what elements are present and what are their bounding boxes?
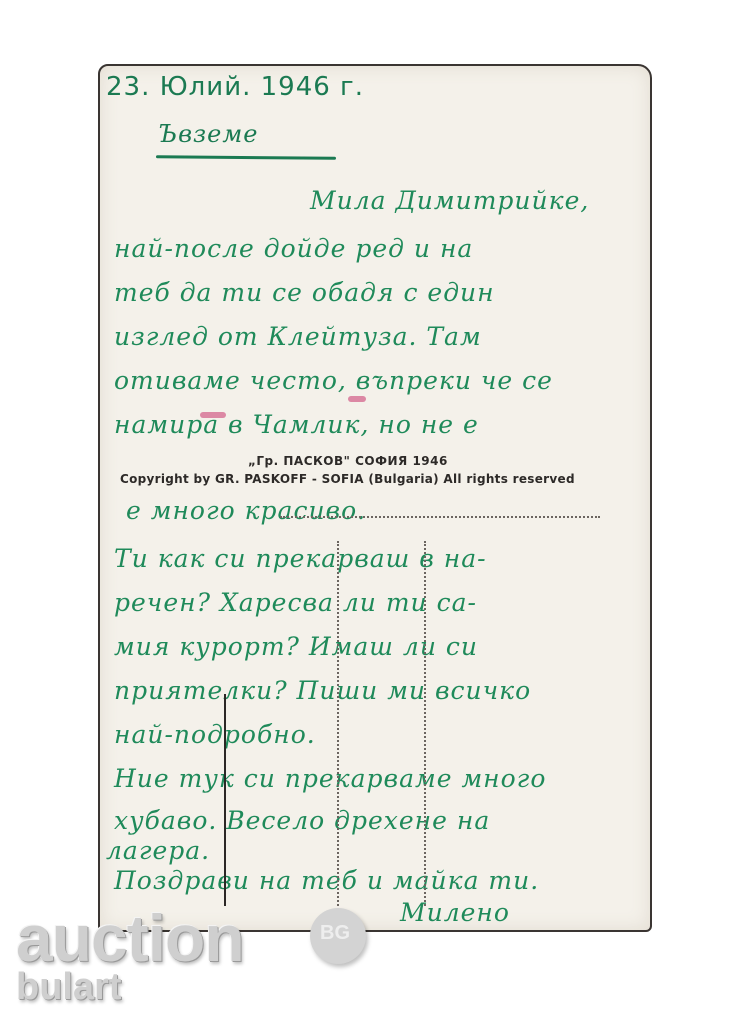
place-underline [156, 155, 336, 160]
handwriting-line: Ти как си прекарваш в на- [114, 544, 487, 573]
stamp-divider-line [224, 694, 226, 906]
handwriting-line: отиваме често, въпреки че се [114, 366, 553, 395]
handwriting-line: приятелки? Пиши ми всичко [114, 676, 531, 705]
dotted-column-line [424, 541, 426, 906]
ink-stain [200, 412, 226, 418]
watermark-brand: auction [16, 900, 244, 976]
printed-copyright: Copyright by GR. PASKOFF - SOFIA (Bulgar… [120, 472, 575, 486]
handwriting-line: намира в Чамлик, но не е [114, 410, 479, 439]
handwriting-line: е много красиво. [126, 496, 366, 525]
handwriting-line: Ние тук си прекарваме много [114, 764, 546, 793]
postcard-back: 23. Юлий. 1946 г. Ъвземе Мила Димитрийке… [98, 64, 652, 932]
handwriting-line: теб да ти се обадя с един [114, 278, 495, 307]
handwriting-line: речен? Харесва ли ти са- [114, 588, 477, 617]
handwriting-line: Мила Димитрийке, [310, 186, 589, 215]
watermark-badge: BG [320, 922, 350, 945]
handwriting-line: изглед от Клейтуза. Там [114, 322, 482, 351]
address-divider [280, 516, 600, 518]
ink-stain [348, 396, 366, 402]
handwriting-line: хубаво. Весело дрехене на [114, 806, 490, 835]
watermark-sub: bulart [16, 966, 122, 1009]
handwritten-date: 23. Юлий. 1946 г. [106, 72, 364, 102]
handwriting-line: Поздрави на теб и майка ти. [114, 866, 539, 895]
handwritten-place: Ъвземе [158, 120, 258, 148]
handwriting-line: най-после дойде ред и на [114, 234, 473, 263]
handwriting-line: най-подробно. [114, 720, 316, 749]
printed-publisher: „Гр. ПАСКОВ" СОФИЯ 1946 [248, 454, 448, 468]
handwriting-signature: Милено [400, 898, 510, 927]
handwriting-line: лагера. [106, 836, 210, 865]
dotted-column-line [337, 541, 339, 906]
